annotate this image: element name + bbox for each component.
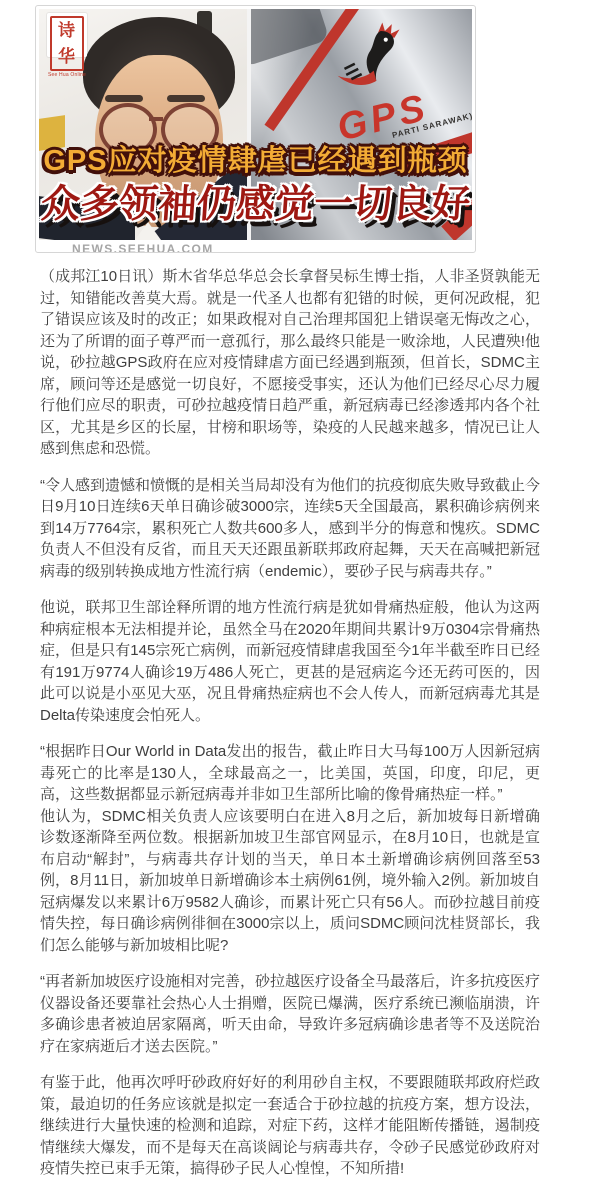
glasses-bridge <box>149 117 163 121</box>
paragraph-text: “令人感到遗憾和愤慨的是相关当局却没有为他们的抗疫彻底失败导致截止今日9月10日… <box>40 475 540 583</box>
paragraph-text: “再者新加坡医疗设施相对完善，砂拉越医疗设备全马最落后，许多抗疫医疗仪器设备还要… <box>40 971 540 1057</box>
paragraph: “根据昨日Our World in Data发出的报告，截止昨日大马每100万人… <box>40 741 540 956</box>
seehua-logo: 诗华 See Hua Online <box>47 13 87 57</box>
paragraph: “再者新加坡医疗设施相对完善，砂拉越医疗设备全马最落后，许多抗疫医疗仪器设备还要… <box>40 971 540 1057</box>
paragraph: 有鉴于此，他再次呼吁砂政府好好的利用砂自主权，不要跟随联邦政府烂政策，最迫切的任… <box>40 1072 540 1180</box>
headline-line2: 众多领袖仍感觉一切良好 <box>39 185 472 224</box>
paragraph-text: 他认为，SDMC相关负责人应该要明白在进入8月之后，新加坡每日新增确诊数逐渐降至… <box>40 806 540 957</box>
paragraph: （成邦江10日讯）斯木省华总华总会长拿督吴标生博士指，人非圣贤孰能无过，知错能改… <box>40 266 540 460</box>
paragraph-text: （成邦江10日讯）斯木省华总华总会长拿督吴标生博士指，人非圣贤孰能无过，知错能改… <box>40 266 540 460</box>
hero-photo-composite: GPS PARTI SARAWAK) 诗华 See Hua Online GPS… <box>39 9 472 240</box>
paragraph-text: “根据昨日Our World in Data发出的报告，截止昨日大马每100万人… <box>40 741 540 806</box>
paragraph-text: 有鉴于此，他再次呼吁砂政府好好的利用砂自主权，不要跟随联邦政府烂政策，最迫切的任… <box>40 1072 540 1180</box>
article-body: （成邦江10日讯）斯木省华总华总会长拿督吴标生博士指，人非圣贤孰能无过，知错能改… <box>40 266 540 1195</box>
paragraph-text: 他说，联邦卫生部诠释所谓的地方性流行病是犹如骨痛热症般，他认为这两种病症根本无法… <box>40 597 540 726</box>
image-caption-watermark: NEWS.SEEHUA.COM <box>72 242 214 253</box>
headline-line1: GPS应对疫情肆虐已经遇到瓶颈 <box>39 147 472 176</box>
paragraph: “令人感到遗憾和愤慨的是相关当局却没有为他们的抗疫彻底失败导致截止今日9月10日… <box>40 475 540 583</box>
article-hero-image[interactable]: GPS PARTI SARAWAK) 诗华 See Hua Online GPS… <box>35 5 476 253</box>
seehua-logo-subtitle: See Hua Online <box>47 71 87 79</box>
paragraph: 他说，联邦卫生部诠释所谓的地方性流行病是犹如骨痛热症般，他认为这两种病症根本无法… <box>40 597 540 726</box>
portrait-eyebrow <box>167 95 205 102</box>
seehua-seal-text: 诗华 <box>50 16 84 71</box>
portrait-eyebrow <box>105 95 143 102</box>
